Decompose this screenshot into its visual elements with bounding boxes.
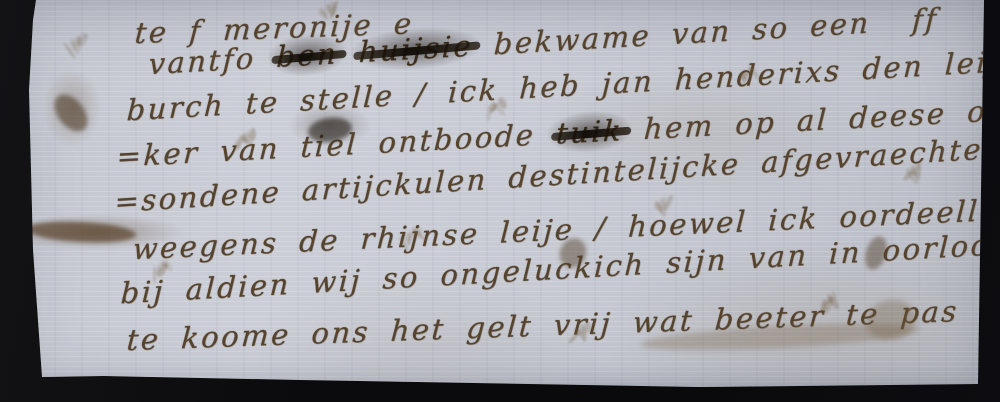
manuscript-paper: te f meronije e vantfo ben huijsie bekwa… [0,0,1000,402]
manuscript-photo: { "scene": { "kind": "Photograph of the … [0,0,1000,402]
bleedthrough-speck [153,266,156,284]
